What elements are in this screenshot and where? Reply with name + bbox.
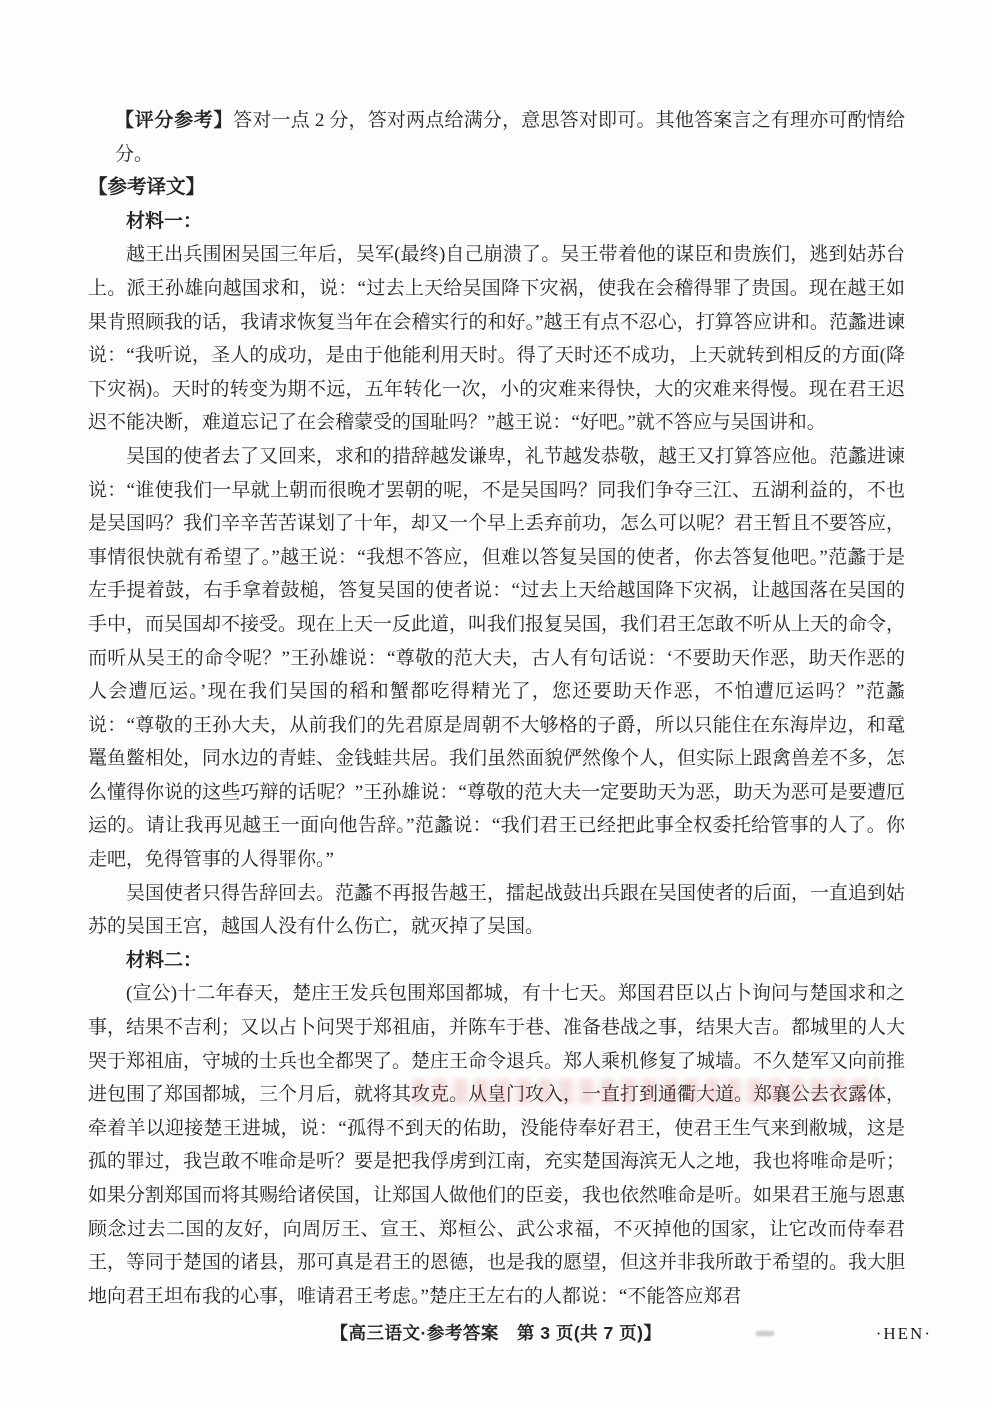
answer-key-page: 【评分参考】答对一点 2 分，答对两点给满分，意思答对即可。其他答案言之有理亦可…: [0, 0, 992, 1403]
page-footer: 【高三语文·参考答案 第 3 页(共 7 页)】 ·HEN·: [0, 1316, 992, 1352]
scoring-reference-label: 【评分参考】: [115, 110, 233, 131]
footer-page-info: 【高三语文·参考答案 第 3 页(共 7 页)】: [0, 1316, 992, 1350]
translation-paragraph: 越王出兵围困吴国三年后，吴军(最终)自己崩溃了。吴王带着他的谋臣和贵族们，逃到姑…: [88, 238, 905, 440]
translation-paragraph: (宣公)十二年春天，楚庄王发兵包围郑国都城，有十七天。郑国君臣以占卜询问与楚国求…: [88, 977, 905, 1313]
translation-paragraph: 吴国的使者去了又回来，求和的措辞越发谦卑，礼节越发恭敬，越王又打算答应他。范蠡进…: [88, 440, 905, 877]
material-label: 材料一：: [88, 205, 905, 239]
materials-container: 材料一：越王出兵围困吴国三年后，吴军(最终)自己崩溃了。吴王带着他的谋臣和贵族们…: [88, 205, 905, 1314]
translation-section-heading: 【参考译文】: [88, 171, 905, 205]
page-content: 【评分参考】答对一点 2 分，答对两点给满分，意思答对即可。其他答案言之有理亦可…: [88, 0, 905, 1313]
translation-paragraph: 吴国使者只得告辞回去。范蠡不再报告越王，擂起战鼓出兵跟在吴国使者的后面，一直追到…: [88, 877, 905, 944]
footer-region-code: ·HEN·: [876, 1317, 932, 1351]
scoring-reference: 【评分参考】答对一点 2 分，答对两点给满分，意思答对即可。其他答案言之有理亦可…: [115, 104, 905, 171]
scoring-reference-text: 答对一点 2 分，答对两点给满分，意思答对即可。其他答案言之有理亦可酌情给分。: [115, 110, 905, 165]
material-label: 材料二：: [88, 944, 905, 978]
